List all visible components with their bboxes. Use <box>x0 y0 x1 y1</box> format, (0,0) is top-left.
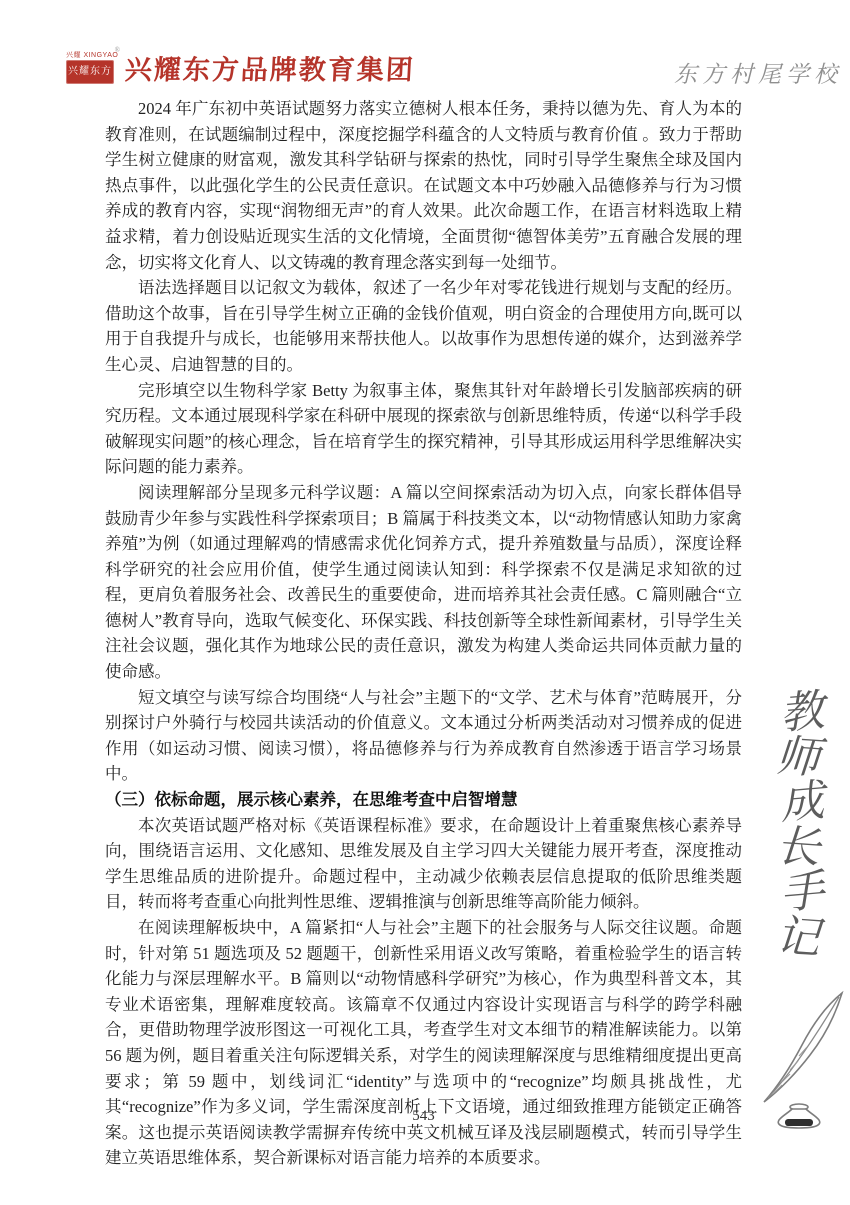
quill-and-inkwell-icon <box>752 990 847 1130</box>
logo-seal-wrap: 兴耀 XINGYAO ® 兴耀东方 <box>66 51 116 84</box>
paragraph: 语法选择题目以记叙文为载体，叙述了一名少年对零花钱进行规划与支配的经历。借助这个… <box>105 275 742 377</box>
paragraph: 完形填空以生物科学家 Betty 为叙事主体，聚焦其针对年龄增长引发脑部疾病的研… <box>105 378 742 480</box>
group-name: 兴耀东方品牌教育集团 <box>124 48 416 87</box>
calligraphy-char: 长 <box>763 823 834 873</box>
document-page: 兴耀 XINGYAO ® 兴耀东方 兴耀东方品牌教育集团 东方村尾学校 2024… <box>0 0 850 1205</box>
paragraph: 本次英语试题严格对标《英语课程标准》要求，在命题设计上着重聚焦核心素养导向，围绕… <box>105 813 742 915</box>
paragraph: 阅读理解部分呈现多元科学议题：A 篇以空间探索活动为切入点，向家长群体倡导鼓励青… <box>105 480 742 685</box>
logo-seal-icon: 兴耀东方 <box>66 60 114 84</box>
calligraphy-char: 师 <box>763 733 834 783</box>
logo-small-text: 兴耀 XINGYAO <box>66 51 116 60</box>
document-body: 2024 年广东初中英语试题努力落实立德树人根本任务，秉持以德为先、育人为本的教… <box>105 96 742 1171</box>
page-number: 543 <box>105 1108 742 1125</box>
calligraphy-char: 成 <box>766 777 838 828</box>
vertical-calligraphy-title: 教 师 成 长 手 记 <box>766 690 834 960</box>
paragraph: 短文填空与读写综合均围绕“人与社会”主题下的“文学、艺术与体育”范畴展开，分别探… <box>105 685 742 787</box>
paragraph: 2024 年广东初中英语试题努力落实立德树人根本任务，秉持以德为先、育人为本的教… <box>105 96 742 275</box>
paragraph: 在阅读理解板块中，A 篇紧扣“人与社会”主题下的社会服务与人际交往议题。命题时，… <box>105 915 742 1171</box>
section-heading: （三）依标命题，展示核心素养，在思维考查中启智增慧 <box>105 787 742 813</box>
calligraphy-char: 手 <box>766 867 838 918</box>
calligraphy-char: 教 <box>766 687 838 738</box>
brand-logo: 兴耀 XINGYAO ® 兴耀东方 兴耀东方品牌教育集团 <box>66 48 415 87</box>
calligraphy-char: 记 <box>763 913 834 963</box>
school-name: 东方村尾学校 <box>674 56 842 89</box>
registered-mark-icon: ® <box>115 46 120 54</box>
